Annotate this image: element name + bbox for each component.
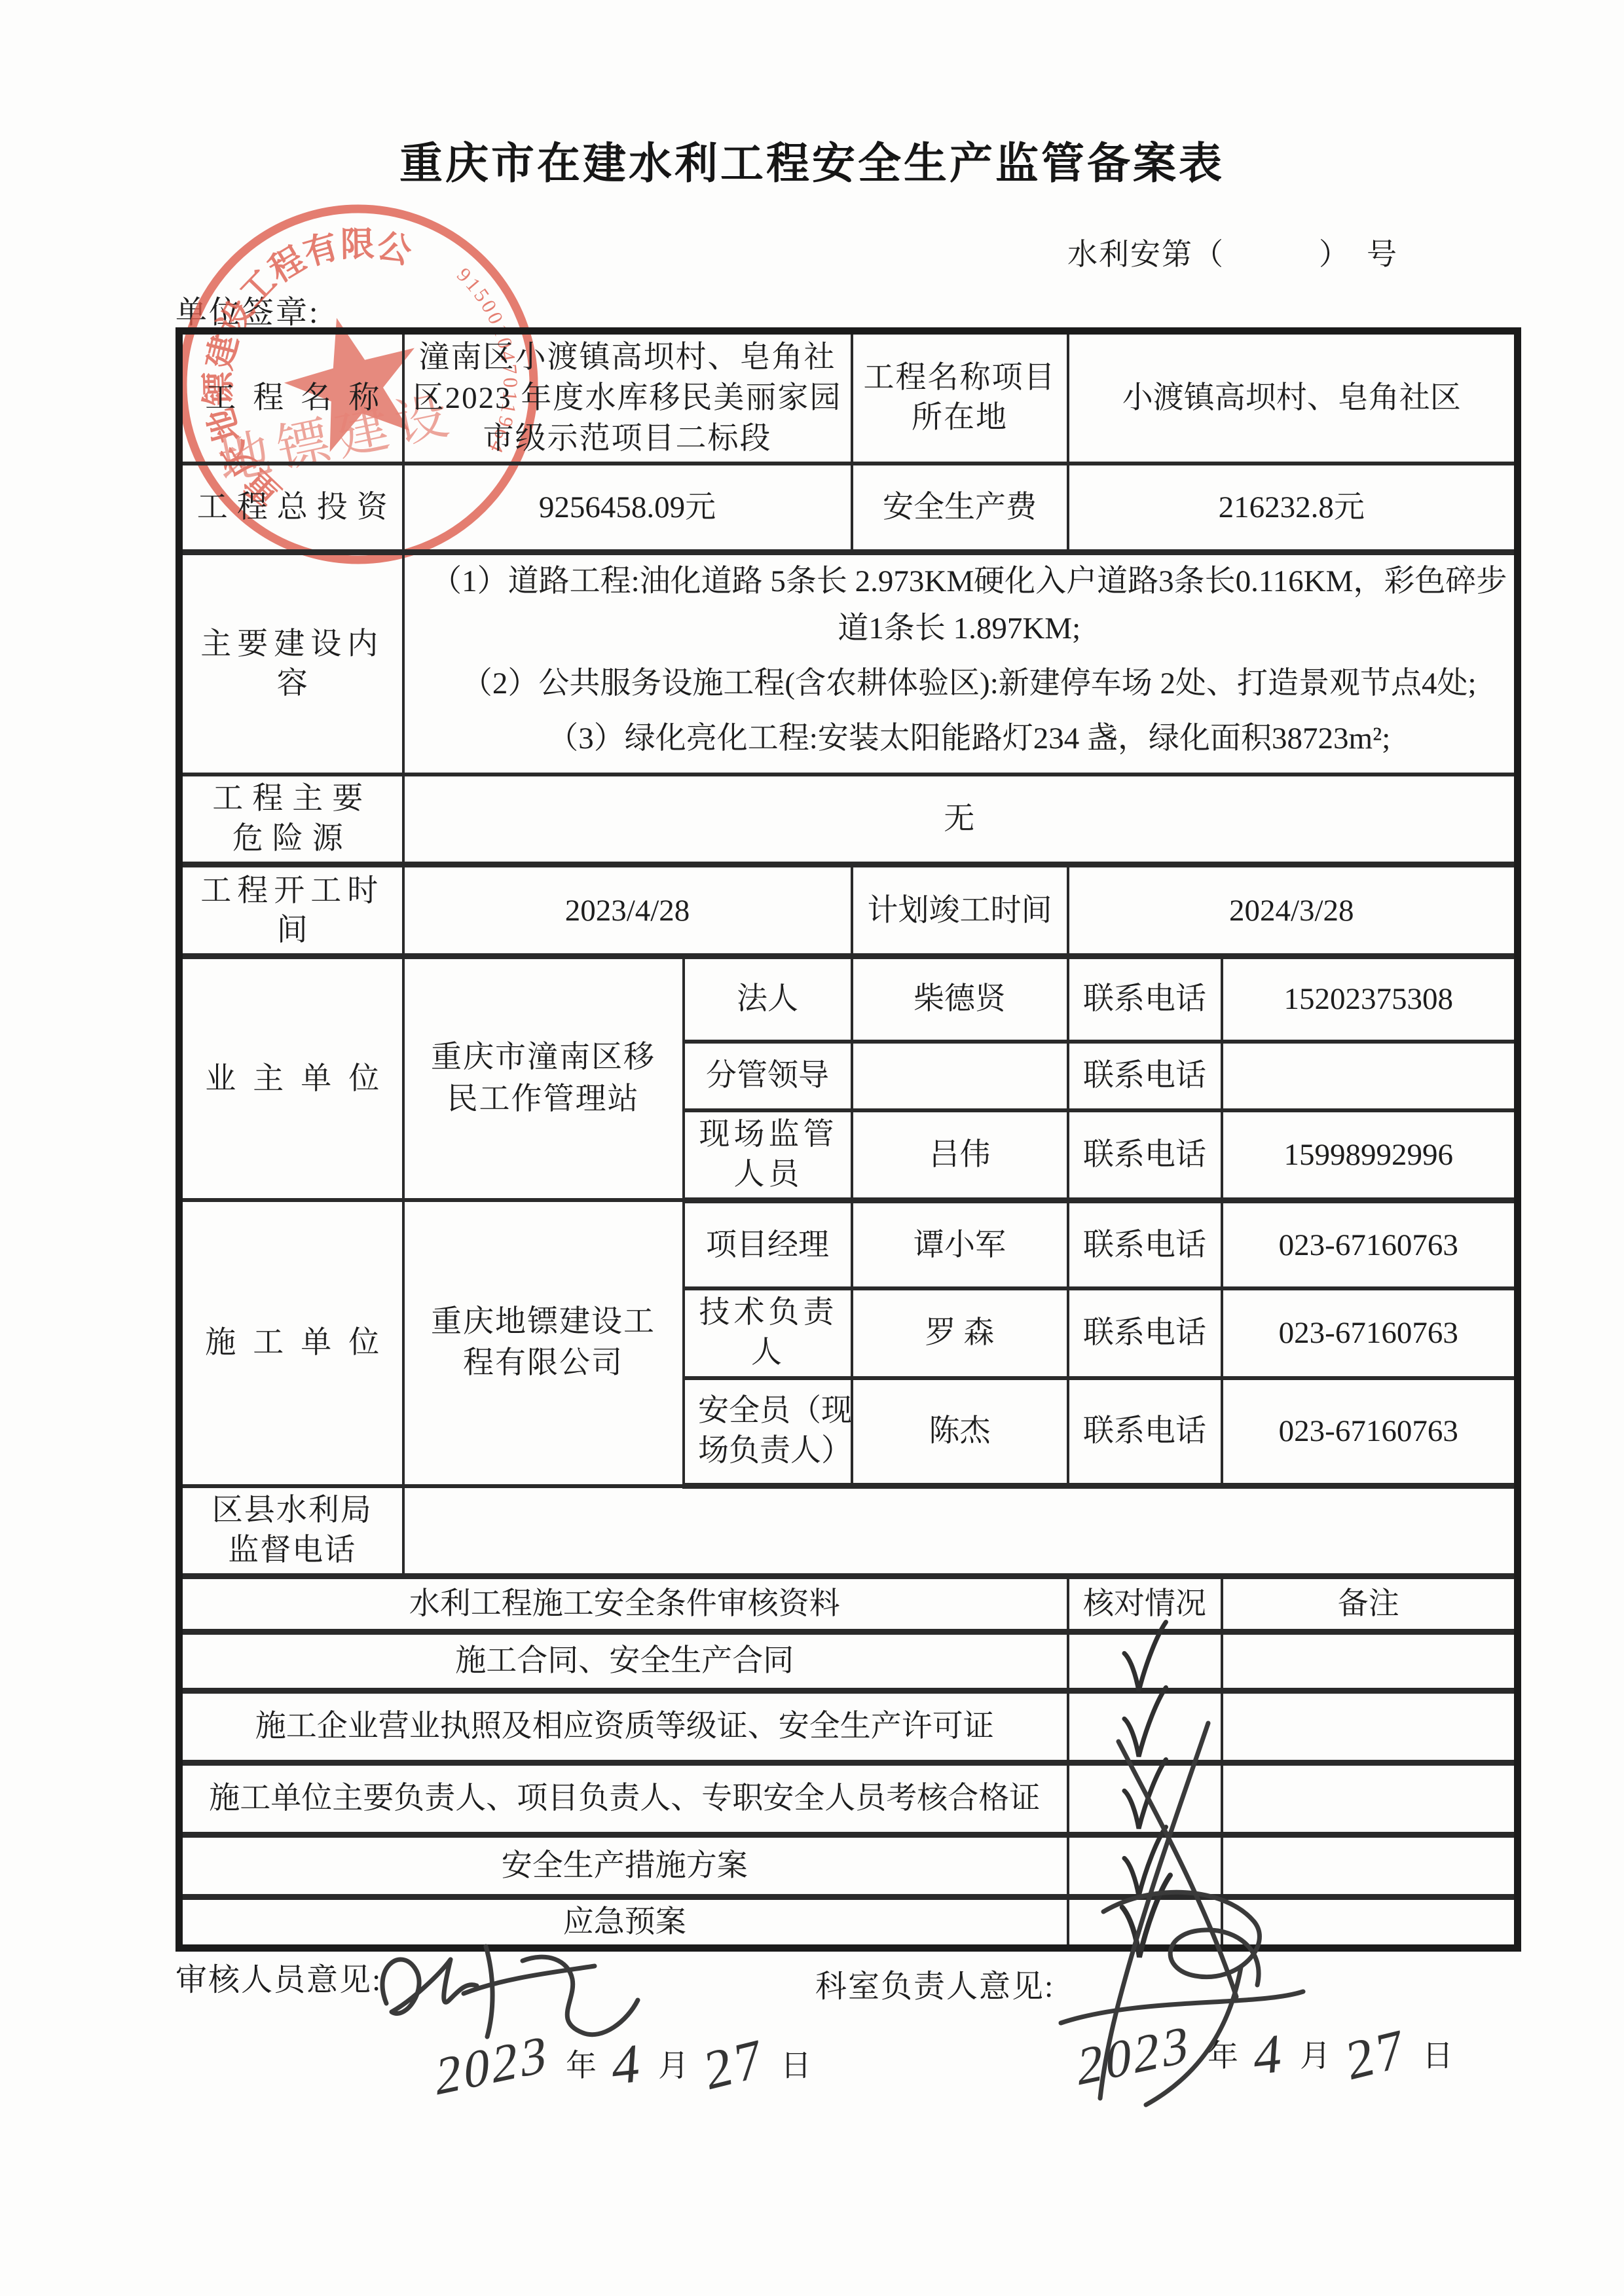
project-name-label: 工程名称 — [179, 331, 403, 464]
content-label: 主要建设内容 — [179, 552, 403, 774]
investment-value: 9256458.09元 — [403, 464, 852, 552]
year-unit-label: 年 — [1208, 2032, 1238, 2075]
day-unit-label: 日 — [781, 2041, 811, 2085]
finish-date-label: 计划竣工时间 — [852, 865, 1068, 957]
year-unit-label: 年 — [566, 2041, 597, 2085]
contractor-name-safety: 陈杰 — [852, 1378, 1068, 1486]
contractor-phone-label-safety: 联系电话 — [1068, 1378, 1222, 1486]
contractor-role-tech: 技术负责人 — [684, 1288, 852, 1377]
unit-seal-label: 单位签章: — [175, 287, 320, 332]
checklist-item-remark — [1222, 1631, 1518, 1690]
checklist-item-label: 安全生产措施方案 — [179, 1834, 1068, 1897]
chief-date-year: 2023 — [1076, 2013, 1193, 2099]
row-contractor-manager: 施工单位 重庆地镖建设工程有限公司 项目经理 谭小军 联系电话 023-6716… — [179, 1200, 1518, 1288]
row-supervision-phone: 区县水利局监督电话 — [179, 1486, 1518, 1576]
content-line-3: （3）绿化亮化工程:安装太阳能路灯234 盏，绿化面积38723m²; — [410, 715, 1509, 762]
start-date-label: 工程开工时间 — [179, 865, 403, 957]
chief-date-month: 4 — [1252, 2021, 1287, 2088]
owner-phone-label-leader: 联系电话 — [1068, 1042, 1222, 1110]
owner-phone-legal: 15202375308 — [1222, 957, 1518, 1042]
row-project-name: 工程名称 潼南区小渡镇高坝村、皂角社区2023 年度水库移民美丽家园市级示范项目… — [179, 331, 1518, 464]
chief-opinion-label: 科室负责人意见: — [815, 1961, 1054, 2006]
content-value: （1）道路工程:油化道路 5条长 2.973KM硬化入户道路3条长0.116KM… — [403, 552, 1518, 774]
checklist-item-label: 施工单位主要负责人、项目负责人、专职安全人员考核合格证 — [179, 1762, 1068, 1834]
contractor-phone-tech: 023-67160763 — [1222, 1288, 1518, 1377]
supervision-phone-value — [403, 1486, 1518, 1576]
day-unit-label: 日 — [1422, 2032, 1453, 2075]
contractor-name-manager: 谭小军 — [852, 1200, 1068, 1288]
chief-date-day: 27 — [1344, 2016, 1409, 2094]
checklist-header-item: 水利工程施工安全条件审核资料 — [179, 1576, 1068, 1631]
month-unit-label: 月 — [658, 2041, 689, 2085]
owner-role-supervisor: 现场监管人员 — [684, 1110, 852, 1201]
reviewer-opinion-label: 审核人员意见: — [175, 1954, 382, 1999]
owner-phone-leader — [1222, 1042, 1518, 1110]
row-hazard: 工程主要危险源 无 — [179, 774, 1518, 865]
safety-fee-label: 安全生产费 — [852, 464, 1068, 552]
row-dates: 工程开工时间 2023/4/28 计划竣工时间 2024/3/28 — [179, 865, 1518, 957]
row-investment: 工程总投资 9256458.09元 安全生产费 216232.8元 — [179, 464, 1518, 552]
owner-name-supervisor: 吕伟 — [852, 1110, 1068, 1201]
contractor-phone-label-manager: 联系电话 — [1068, 1200, 1222, 1288]
contractor-phone-manager: 023-67160763 — [1222, 1200, 1518, 1288]
contractor-phone-label-tech: 联系电话 — [1068, 1288, 1222, 1377]
checklist-row: 施工合同、安全生产合同 — [179, 1631, 1518, 1690]
hazard-value: 无 — [403, 774, 1518, 865]
start-date-value: 2023/4/28 — [403, 865, 852, 957]
review-date-day: 27 — [702, 2026, 767, 2104]
hazard-label: 工程主要危险源 — [179, 774, 403, 865]
owner-role-legal: 法人 — [684, 957, 852, 1042]
owner-phone-label-legal: 联系电话 — [1068, 957, 1222, 1042]
row-checklist-header: 水利工程施工安全条件审核资料 核对情况 备注 — [179, 1576, 1518, 1631]
doc-number: 水利安第（ ） 号 — [1067, 230, 1398, 274]
checklist-header-remark: 备注 — [1222, 1576, 1518, 1631]
owner-name-leader — [852, 1042, 1068, 1110]
supervision-phone-label: 区县水利局监督电话 — [179, 1486, 403, 1576]
content-line-2: （2）公共服务设施工程(含农耕体验区):新建停车场 2处、打造景观节点4处; — [410, 660, 1509, 707]
review-date-line: 2023 年 4 月 27 日 — [432, 2033, 822, 2096]
contractor-phone-safety: 023-67160763 — [1222, 1378, 1518, 1486]
row-owner-legal: 业主单位 重庆市潼南区移民工作管理站 法人 柴德贤 联系电话 152023753… — [179, 957, 1518, 1042]
owner-name-legal: 柴德贤 — [852, 957, 1068, 1042]
contractor-name-tech: 罗 森 — [852, 1288, 1068, 1377]
owner-company: 重庆市潼南区移民工作管理站 — [403, 957, 684, 1201]
month-unit-label: 月 — [1300, 2032, 1331, 2075]
owner-phone-supervisor: 15998992996 — [1222, 1110, 1518, 1201]
contractor-company: 重庆地镖建设工程有限公司 — [403, 1200, 684, 1485]
form-title: 重庆市在建水利工程安全生产监管备案表 — [0, 128, 1624, 191]
checklist-item-label: 施工合同、安全生产合同 — [179, 1631, 1068, 1690]
safety-fee-value: 216232.8元 — [1068, 464, 1518, 552]
location-label: 工程名称项目所在地 — [852, 331, 1068, 464]
filing-form-table: 工程名称 潼南区小渡镇高坝村、皂角社区2023 年度水库移民美丽家园市级示范项目… — [175, 327, 1521, 1952]
owner-phone-label-supervisor: 联系电话 — [1068, 1110, 1222, 1201]
content-line-1: （1）道路工程:油化道路 5条长 2.973KM硬化入户道路3条长0.116KM… — [410, 558, 1509, 652]
contractor-role-manager: 项目经理 — [684, 1200, 852, 1288]
checklist-item-label: 施工企业营业执照及相应资质等级证、安全生产许可证 — [179, 1690, 1068, 1762]
location-value: 小渡镇高坝村、皂角社区 — [1068, 331, 1518, 464]
row-construction-content: 主要建设内容 （1）道路工程:油化道路 5条长 2.973KM硬化入户道路3条长… — [179, 552, 1518, 774]
investment-label: 工程总投资 — [179, 464, 403, 552]
owner-unit-label: 业主单位 — [179, 957, 403, 1201]
project-name-value: 潼南区小渡镇高坝村、皂角社区2023 年度水库移民美丽家园市级示范项目二标段 — [403, 331, 852, 464]
finish-date-value: 2024/3/28 — [1068, 865, 1518, 957]
contractor-role-safety: 安全员（现场负责人） — [684, 1378, 852, 1486]
review-date-month: 4 — [610, 2031, 645, 2098]
chief-date-line: 2023 年 4 月 27 日 — [1074, 2023, 1464, 2086]
review-date-year: 2023 — [434, 2023, 551, 2109]
owner-role-leader: 分管领导 — [684, 1042, 852, 1110]
contractor-unit-label: 施工单位 — [179, 1200, 403, 1485]
